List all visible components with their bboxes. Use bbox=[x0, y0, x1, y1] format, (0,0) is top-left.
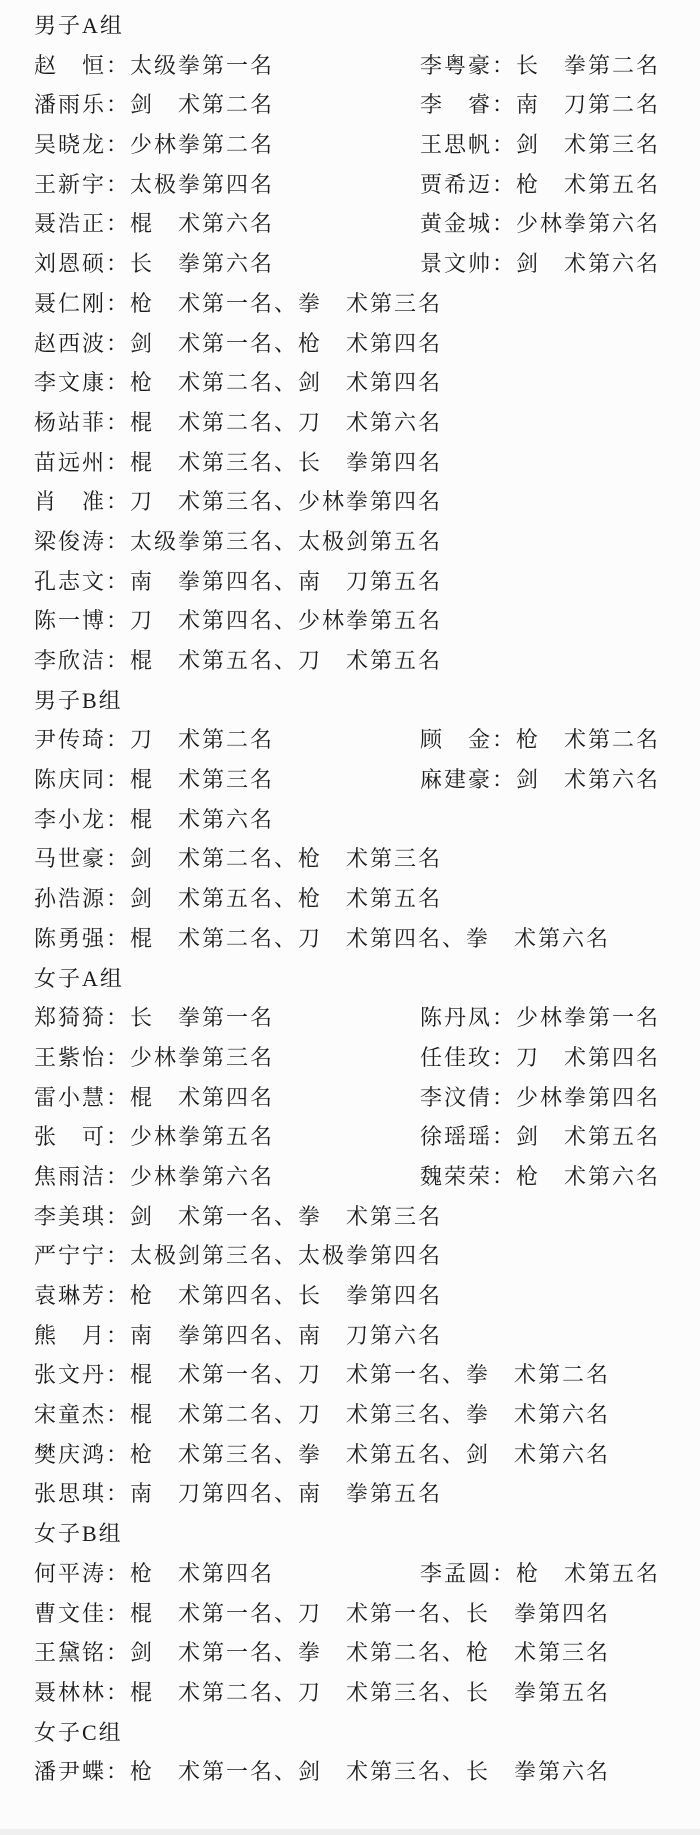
athlete-entry: 李粤豪：长 拳第二名 bbox=[420, 46, 700, 86]
result-row: 严宁宁：太极剑第三名、太极拳第四名 bbox=[34, 1236, 700, 1276]
colon-separator: ： bbox=[106, 85, 130, 125]
athlete-name: 李孟圆 bbox=[420, 1554, 492, 1594]
colon-separator: ： bbox=[106, 1435, 130, 1475]
colon-separator: ： bbox=[492, 760, 516, 800]
colon-separator: ： bbox=[106, 284, 130, 324]
athlete-result: 南 拳第四名、南 刀第五名 bbox=[130, 569, 442, 594]
athlete-name: 李美琪 bbox=[34, 1197, 106, 1237]
athlete-entry: 李汶倩：少林拳第四名 bbox=[420, 1078, 700, 1118]
athlete-result: 太极拳第四名 bbox=[130, 172, 274, 197]
result-row: 王黛铭：剑 术第一名、拳 术第二名、枪 术第三名 bbox=[34, 1633, 700, 1673]
athlete-result: 枪 术第四名、长 拳第四名 bbox=[130, 1283, 442, 1308]
colon-separator: ： bbox=[492, 46, 516, 86]
athlete-result: 长 拳第一名 bbox=[130, 1005, 274, 1030]
athlete-result: 剑 术第六名 bbox=[516, 767, 660, 792]
athlete-result: 棍 术第二名、刀 术第三名、长 拳第五名 bbox=[130, 1680, 610, 1705]
group-heading: 女子B组 bbox=[34, 1514, 700, 1554]
colon-separator: ： bbox=[106, 562, 130, 602]
colon-separator: ： bbox=[106, 1236, 130, 1276]
athlete-entry: 曹文佳：棍 术第一名、刀 术第一名、长 拳第四名 bbox=[34, 1594, 420, 1634]
athlete-result: 枪 术第一名、拳 术第三名 bbox=[130, 291, 442, 316]
athlete-entry: 刘恩硕：长 拳第六名 bbox=[34, 244, 420, 284]
athlete-result: 太极剑第三名、太极拳第四名 bbox=[130, 1243, 442, 1268]
athlete-result: 刀 术第二名 bbox=[130, 727, 274, 752]
athlete-name: 聂浩正 bbox=[34, 204, 106, 244]
athlete-name: 陈勇强 bbox=[34, 919, 106, 959]
athlete-name: 熊 月 bbox=[34, 1316, 106, 1356]
athlete-entry: 尹传琦：刀 术第二名 bbox=[34, 720, 420, 760]
athlete-result: 长 拳第六名 bbox=[130, 251, 274, 276]
result-row: 李小龙：棍 术第六名 bbox=[34, 800, 700, 840]
athlete-entry: 黄金城：少林拳第六名 bbox=[420, 204, 700, 244]
colon-separator: ： bbox=[106, 720, 130, 760]
colon-separator: ： bbox=[492, 165, 516, 205]
result-row: 吴晓龙：少林拳第二名王思帆：剑 术第三名 bbox=[34, 125, 700, 165]
athlete-name: 马世豪 bbox=[34, 839, 106, 879]
athlete-name: 李欣洁 bbox=[34, 641, 106, 681]
athlete-result: 枪 术第五名 bbox=[516, 1561, 660, 1586]
athlete-entry: 苗远州：棍 术第三名、长 拳第四名 bbox=[34, 443, 420, 483]
athlete-name: 焦雨洁 bbox=[34, 1157, 106, 1197]
colon-separator: ： bbox=[106, 165, 130, 205]
athlete-name: 刘恩硕 bbox=[34, 244, 106, 284]
group-heading: 女子C组 bbox=[34, 1713, 700, 1753]
colon-separator: ： bbox=[106, 1355, 130, 1395]
athlete-entry: 王紫怡：少林拳第三名 bbox=[34, 1038, 420, 1078]
athlete-name: 袁琳芳 bbox=[34, 1276, 106, 1316]
result-row: 肖 准：刀 术第三名、少林拳第四名 bbox=[34, 482, 700, 522]
athlete-entry: 吴晓龙：少林拳第二名 bbox=[34, 125, 420, 165]
athlete-result: 棍 术第六名 bbox=[130, 211, 274, 236]
athlete-name: 聂林林 bbox=[34, 1673, 106, 1713]
result-row: 熊 月：南 拳第四名、南 刀第六名 bbox=[34, 1316, 700, 1356]
athlete-result: 棍 术第一名、刀 术第一名、拳 术第二名 bbox=[130, 1362, 610, 1387]
result-row: 潘尹蝶：枪 术第一名、剑 术第三名、长 拳第六名 bbox=[34, 1752, 700, 1792]
athlete-result: 棍 术第四名 bbox=[130, 1085, 274, 1110]
colon-separator: ： bbox=[106, 363, 130, 403]
athlete-result: 长 拳第二名 bbox=[516, 53, 660, 78]
athlete-name: 张文丹 bbox=[34, 1355, 106, 1395]
athlete-result: 少林拳第三名 bbox=[130, 1045, 274, 1070]
athlete-result: 剑 术第五名 bbox=[516, 1124, 660, 1149]
athlete-result: 棍 术第一名、刀 术第一名、长 拳第四名 bbox=[130, 1601, 610, 1626]
athlete-entry: 宋童杰：棍 术第二名、刀 术第三名、拳 术第六名 bbox=[34, 1395, 420, 1435]
athlete-name: 王思帆 bbox=[420, 125, 492, 165]
result-row: 张文丹：棍 术第一名、刀 术第一名、拳 术第二名 bbox=[34, 1355, 700, 1395]
athlete-result: 枪 术第五名 bbox=[516, 172, 660, 197]
athlete-result: 剑 术第一名、拳 术第二名、枪 术第三名 bbox=[130, 1640, 610, 1665]
colon-separator: ： bbox=[492, 1078, 516, 1118]
athlete-name: 梁俊涛 bbox=[34, 522, 106, 562]
athlete-entry: 马世豪：剑 术第二名、枪 术第三名 bbox=[34, 839, 420, 879]
athlete-result: 剑 术第六名 bbox=[516, 251, 660, 276]
athlete-result: 剑 术第五名、枪 术第五名 bbox=[130, 886, 442, 911]
result-row: 曹文佳：棍 术第一名、刀 术第一名、长 拳第四名 bbox=[34, 1594, 700, 1634]
athlete-name: 贾希迈 bbox=[420, 165, 492, 205]
athlete-name: 魏荣荣 bbox=[420, 1157, 492, 1197]
athlete-name: 严宁宁 bbox=[34, 1236, 106, 1276]
athlete-name: 曹文佳 bbox=[34, 1594, 106, 1634]
athlete-name: 李汶倩 bbox=[420, 1078, 492, 1118]
athlete-name: 任佳玫 bbox=[420, 1038, 492, 1078]
athlete-result: 少林拳第六名 bbox=[516, 211, 660, 236]
athlete-entry: 陈一博：刀 术第四名、少林拳第五名 bbox=[34, 601, 420, 641]
athlete-name: 赵 恒 bbox=[34, 46, 106, 86]
athlete-entry: 雷小慧：棍 术第四名 bbox=[34, 1078, 420, 1118]
athlete-name: 王紫怡 bbox=[34, 1038, 106, 1078]
athlete-name: 李小龙 bbox=[34, 800, 106, 840]
athlete-name: 赵西波 bbox=[34, 324, 106, 364]
athlete-name: 潘雨乐 bbox=[34, 85, 106, 125]
athlete-name: 聂仁刚 bbox=[34, 284, 106, 324]
result-row: 宋童杰：棍 术第二名、刀 术第三名、拳 术第六名 bbox=[34, 1395, 700, 1435]
athlete-entry: 李小龙：棍 术第六名 bbox=[34, 800, 420, 840]
athlete-name: 麻建豪 bbox=[420, 760, 492, 800]
athlete-result: 棍 术第三名、长 拳第四名 bbox=[130, 450, 442, 475]
athlete-entry: 梁俊涛：太级拳第三名、太极剑第五名 bbox=[34, 522, 420, 562]
athlete-result: 刀 术第四名 bbox=[516, 1045, 660, 1070]
athlete-entry: 陈丹凤：少林拳第一名 bbox=[420, 998, 700, 1038]
athlete-result: 南 拳第四名、南 刀第六名 bbox=[130, 1323, 442, 1348]
athlete-name: 苗远州 bbox=[34, 443, 106, 483]
athlete-entry: 李孟圆：枪 术第五名 bbox=[420, 1554, 700, 1594]
colon-separator: ： bbox=[492, 85, 516, 125]
athlete-entry: 潘雨乐：剑 术第二名 bbox=[34, 85, 420, 125]
athlete-entry: 李欣洁：棍 术第五名、刀 术第五名 bbox=[34, 641, 420, 681]
result-row: 杨站菲：棍 术第二名、刀 术第六名 bbox=[34, 403, 700, 443]
colon-separator: ： bbox=[106, 125, 130, 165]
result-row: 王紫怡：少林拳第三名任佳玫：刀 术第四名 bbox=[34, 1038, 700, 1078]
colon-separator: ： bbox=[106, 1554, 130, 1594]
colon-separator: ： bbox=[106, 1594, 130, 1634]
athlete-entry: 魏荣荣：枪 术第六名 bbox=[420, 1157, 700, 1197]
result-row: 尹传琦：刀 术第二名顾 金：枪 术第二名 bbox=[34, 720, 700, 760]
athlete-entry: 樊庆鸿：枪 术第三名、拳 术第五名、剑 术第六名 bbox=[34, 1435, 420, 1475]
group-heading: 男子A组 bbox=[34, 6, 700, 46]
athlete-name: 孔志文 bbox=[34, 562, 106, 602]
athlete-result: 棍 术第五名、刀 术第五名 bbox=[130, 648, 442, 673]
colon-separator: ： bbox=[106, 443, 130, 483]
result-row: 袁琳芳：枪 术第四名、长 拳第四名 bbox=[34, 1276, 700, 1316]
athlete-result: 棍 术第二名、刀 术第四名、拳 术第六名 bbox=[130, 926, 610, 951]
athlete-result: 少林拳第五名 bbox=[130, 1124, 274, 1149]
athlete-result: 少林拳第六名 bbox=[130, 1164, 274, 1189]
result-row: 王新宇：太极拳第四名贾希迈：枪 术第五名 bbox=[34, 165, 700, 205]
athlete-entry: 熊 月：南 拳第四名、南 刀第六名 bbox=[34, 1316, 420, 1356]
colon-separator: ： bbox=[492, 1038, 516, 1078]
colon-separator: ： bbox=[106, 324, 130, 364]
colon-separator: ： bbox=[106, 760, 130, 800]
athlete-name: 孙浩源 bbox=[34, 879, 106, 919]
colon-separator: ： bbox=[106, 522, 130, 562]
athlete-entry: 李美琪：剑 术第一名、拳 术第三名 bbox=[34, 1197, 420, 1237]
athlete-entry: 顾 金：枪 术第二名 bbox=[420, 720, 700, 760]
colon-separator: ： bbox=[106, 1395, 130, 1435]
colon-separator: ： bbox=[106, 403, 130, 443]
athlete-name: 陈丹凤 bbox=[420, 998, 492, 1038]
result-row: 孔志文：南 拳第四名、南 刀第五名 bbox=[34, 562, 700, 602]
athlete-name: 雷小慧 bbox=[34, 1078, 106, 1118]
result-row: 李欣洁：棍 术第五名、刀 术第五名 bbox=[34, 641, 700, 681]
athlete-entry: 徐瑶瑶：剑 术第五名 bbox=[420, 1117, 700, 1157]
result-row: 聂浩正：棍 术第六名黄金城：少林拳第六名 bbox=[34, 204, 700, 244]
colon-separator: ： bbox=[106, 1197, 130, 1237]
athlete-name: 尹传琦 bbox=[34, 720, 106, 760]
result-row: 陈庆同：棍 术第三名麻建豪：剑 术第六名 bbox=[34, 760, 700, 800]
athlete-name: 郑猗猗 bbox=[34, 998, 106, 1038]
result-row: 雷小慧：棍 术第四名李汶倩：少林拳第四名 bbox=[34, 1078, 700, 1118]
athlete-entry: 李文康：枪 术第二名、剑 术第四名 bbox=[34, 363, 420, 403]
athlete-entry: 孔志文：南 拳第四名、南 刀第五名 bbox=[34, 562, 420, 602]
athlete-entry: 焦雨洁：少林拳第六名 bbox=[34, 1157, 420, 1197]
result-row: 樊庆鸿：枪 术第三名、拳 术第五名、剑 术第六名 bbox=[34, 1435, 700, 1475]
result-row: 孙浩源：剑 术第五名、枪 术第五名 bbox=[34, 879, 700, 919]
colon-separator: ： bbox=[106, 1078, 130, 1118]
colon-separator: ： bbox=[106, 244, 130, 284]
athlete-entry: 聂林林：棍 术第二名、刀 术第三名、长 拳第五名 bbox=[34, 1673, 420, 1713]
athlete-entry: 任佳玫：刀 术第四名 bbox=[420, 1038, 700, 1078]
athlete-result: 枪 术第三名、拳 术第五名、剑 术第六名 bbox=[130, 1442, 610, 1467]
athlete-result: 刀 术第四名、少林拳第五名 bbox=[130, 608, 442, 633]
result-row: 聂仁刚：枪 术第一名、拳 术第三名 bbox=[34, 284, 700, 324]
scanned-results-document: 男子A组赵 恒：太级拳第一名李粤豪：长 拳第二名潘雨乐：剑 术第二名李 睿：南 … bbox=[0, 0, 700, 1835]
athlete-result: 枪 术第四名 bbox=[130, 1561, 274, 1586]
athlete-name: 黄金城 bbox=[420, 204, 492, 244]
athlete-name: 徐瑶瑶 bbox=[420, 1117, 492, 1157]
athlete-name: 樊庆鸿 bbox=[34, 1435, 106, 1475]
athlete-entry: 赵 恒：太级拳第一名 bbox=[34, 46, 420, 86]
result-row: 聂林林：棍 术第二名、刀 术第三名、长 拳第五名 bbox=[34, 1673, 700, 1713]
athlete-entry: 贾希迈：枪 术第五名 bbox=[420, 165, 700, 205]
athlete-result: 少林拳第四名 bbox=[516, 1085, 660, 1110]
athlete-entry: 张思琪：南 刀第四名、南 拳第五名 bbox=[34, 1474, 420, 1514]
result-row: 陈勇强：棍 术第二名、刀 术第四名、拳 术第六名 bbox=[34, 919, 700, 959]
athlete-result: 剑 术第三名 bbox=[516, 132, 660, 157]
athlete-entry: 王黛铭：剑 术第一名、拳 术第二名、枪 术第三名 bbox=[34, 1633, 420, 1673]
result-row: 李美琪：剑 术第一名、拳 术第三名 bbox=[34, 1197, 700, 1237]
athlete-result: 太级拳第一名 bbox=[130, 53, 274, 78]
result-row: 马世豪：剑 术第二名、枪 术第三名 bbox=[34, 839, 700, 879]
athlete-result: 棍 术第三名 bbox=[130, 767, 274, 792]
athlete-entry: 李 睿：南 刀第二名 bbox=[420, 85, 700, 125]
colon-separator: ： bbox=[106, 1157, 130, 1197]
athlete-name: 肖 准 bbox=[34, 482, 106, 522]
colon-separator: ： bbox=[106, 800, 130, 840]
athlete-name: 杨站菲 bbox=[34, 403, 106, 443]
athlete-result: 剑 术第一名、拳 术第三名 bbox=[130, 1204, 442, 1229]
athlete-result: 剑 术第二名 bbox=[130, 92, 274, 117]
athlete-result: 南 刀第二名 bbox=[516, 92, 660, 117]
colon-separator: ： bbox=[492, 1117, 516, 1157]
athlete-result: 枪 术第二名、剑 术第四名 bbox=[130, 370, 442, 395]
colon-separator: ： bbox=[106, 1673, 130, 1713]
colon-separator: ： bbox=[492, 720, 516, 760]
athlete-result: 剑 术第一名、枪 术第四名 bbox=[130, 331, 442, 356]
group-heading: 男子B组 bbox=[34, 681, 700, 721]
athlete-entry: 王思帆：剑 术第三名 bbox=[420, 125, 700, 165]
colon-separator: ： bbox=[106, 919, 130, 959]
colon-separator: ： bbox=[106, 879, 130, 919]
athlete-result: 少林拳第一名 bbox=[516, 1005, 660, 1030]
athlete-entry: 聂仁刚：枪 术第一名、拳 术第三名 bbox=[34, 284, 420, 324]
colon-separator: ： bbox=[106, 1474, 130, 1514]
result-row: 赵 恒：太级拳第一名李粤豪：长 拳第二名 bbox=[34, 46, 700, 86]
athlete-result: 棍 术第六名 bbox=[130, 807, 274, 832]
page-bottom-edge bbox=[0, 1829, 700, 1835]
colon-separator: ： bbox=[106, 204, 130, 244]
athlete-name: 潘尹蝶 bbox=[34, 1752, 106, 1792]
result-row: 梁俊涛：太级拳第三名、太极剑第五名 bbox=[34, 522, 700, 562]
colon-separator: ： bbox=[492, 1554, 516, 1594]
athlete-name: 张 可 bbox=[34, 1117, 106, 1157]
athlete-entry: 杨站菲：棍 术第二名、刀 术第六名 bbox=[34, 403, 420, 443]
athlete-result: 棍 术第二名、刀 术第六名 bbox=[130, 410, 442, 435]
athlete-result: 刀 术第三名、少林拳第四名 bbox=[130, 489, 442, 514]
athlete-entry: 孙浩源：剑 术第五名、枪 术第五名 bbox=[34, 879, 420, 919]
colon-separator: ： bbox=[106, 1316, 130, 1356]
athlete-entry: 何平涛：枪 术第四名 bbox=[34, 1554, 420, 1594]
colon-separator: ： bbox=[492, 1157, 516, 1197]
result-row: 张思琪：南 刀第四名、南 拳第五名 bbox=[34, 1474, 700, 1514]
athlete-entry: 严宁宁：太极剑第三名、太极拳第四名 bbox=[34, 1236, 420, 1276]
athlete-entry: 张 可：少林拳第五名 bbox=[34, 1117, 420, 1157]
athlete-name: 吴晓龙 bbox=[34, 125, 106, 165]
athlete-result: 棍 术第二名、刀 术第三名、拳 术第六名 bbox=[130, 1402, 610, 1427]
athlete-result: 枪 术第六名 bbox=[516, 1164, 660, 1189]
athlete-entry: 张文丹：棍 术第一名、刀 术第一名、拳 术第二名 bbox=[34, 1355, 420, 1395]
colon-separator: ： bbox=[492, 204, 516, 244]
athlete-name: 张思琪 bbox=[34, 1474, 106, 1514]
athlete-entry: 郑猗猗：长 拳第一名 bbox=[34, 998, 420, 1038]
athlete-entry: 王新宇：太极拳第四名 bbox=[34, 165, 420, 205]
athlete-name: 何平涛 bbox=[34, 1554, 106, 1594]
result-row: 郑猗猗：长 拳第一名陈丹凤：少林拳第一名 bbox=[34, 998, 700, 1038]
athlete-result: 南 刀第四名、南 拳第五名 bbox=[130, 1481, 442, 1506]
result-row: 潘雨乐：剑 术第二名李 睿：南 刀第二名 bbox=[34, 85, 700, 125]
colon-separator: ： bbox=[106, 1752, 130, 1792]
result-row: 焦雨洁：少林拳第六名魏荣荣：枪 术第六名 bbox=[34, 1157, 700, 1197]
result-row: 张 可：少林拳第五名徐瑶瑶：剑 术第五名 bbox=[34, 1117, 700, 1157]
colon-separator: ： bbox=[106, 482, 130, 522]
athlete-name: 景文帅 bbox=[420, 244, 492, 284]
colon-separator: ： bbox=[106, 46, 130, 86]
colon-separator: ： bbox=[106, 1038, 130, 1078]
athlete-name: 陈庆同 bbox=[34, 760, 106, 800]
athlete-name: 李 睿 bbox=[420, 85, 492, 125]
athlete-name: 李文康 bbox=[34, 363, 106, 403]
result-row: 李文康：枪 术第二名、剑 术第四名 bbox=[34, 363, 700, 403]
athlete-result: 剑 术第二名、枪 术第三名 bbox=[130, 846, 442, 871]
colon-separator: ： bbox=[106, 1117, 130, 1157]
athlete-entry: 赵西波：剑 术第一名、枪 术第四名 bbox=[34, 324, 420, 364]
athlete-name: 顾 金 bbox=[420, 720, 492, 760]
result-row: 苗远州：棍 术第三名、长 拳第四名 bbox=[34, 443, 700, 483]
athlete-entry: 袁琳芳：枪 术第四名、长 拳第四名 bbox=[34, 1276, 420, 1316]
colon-separator: ： bbox=[106, 1633, 130, 1673]
athlete-name: 王新宇 bbox=[34, 165, 106, 205]
athlete-entry: 肖 准：刀 术第三名、少林拳第四名 bbox=[34, 482, 420, 522]
athlete-entry: 陈庆同：棍 术第三名 bbox=[34, 760, 420, 800]
colon-separator: ： bbox=[492, 244, 516, 284]
athlete-name: 陈一博 bbox=[34, 601, 106, 641]
athlete-result: 少林拳第二名 bbox=[130, 132, 274, 157]
athlete-entry: 聂浩正：棍 术第六名 bbox=[34, 204, 420, 244]
athlete-result: 太级拳第三名、太极剑第五名 bbox=[130, 529, 442, 554]
colon-separator: ： bbox=[106, 998, 130, 1038]
result-row: 赵西波：剑 术第一名、枪 术第四名 bbox=[34, 324, 700, 364]
colon-separator: ： bbox=[492, 998, 516, 1038]
athlete-result: 枪 术第一名、剑 术第三名、长 拳第六名 bbox=[130, 1759, 610, 1784]
athlete-entry: 麻建豪：剑 术第六名 bbox=[420, 760, 700, 800]
athlete-entry: 陈勇强：棍 术第二名、刀 术第四名、拳 术第六名 bbox=[34, 919, 420, 959]
athlete-name: 王黛铭 bbox=[34, 1633, 106, 1673]
colon-separator: ： bbox=[106, 1276, 130, 1316]
athlete-name: 李粤豪 bbox=[420, 46, 492, 86]
athlete-result: 枪 术第二名 bbox=[516, 727, 660, 752]
colon-separator: ： bbox=[106, 601, 130, 641]
colon-separator: ： bbox=[106, 839, 130, 879]
athlete-entry: 潘尹蝶：枪 术第一名、剑 术第三名、长 拳第六名 bbox=[34, 1752, 420, 1792]
athlete-entry: 景文帅：剑 术第六名 bbox=[420, 244, 700, 284]
colon-separator: ： bbox=[492, 125, 516, 165]
result-row: 陈一博：刀 术第四名、少林拳第五名 bbox=[34, 601, 700, 641]
athlete-name: 宋童杰 bbox=[34, 1395, 106, 1435]
result-row: 何平涛：枪 术第四名李孟圆：枪 术第五名 bbox=[34, 1554, 700, 1594]
results-content: 男子A组赵 恒：太级拳第一名李粤豪：长 拳第二名潘雨乐：剑 术第二名李 睿：南 … bbox=[0, 0, 700, 1792]
colon-separator: ： bbox=[106, 641, 130, 681]
group-heading: 女子A组 bbox=[34, 959, 700, 999]
result-row: 刘恩硕：长 拳第六名景文帅：剑 术第六名 bbox=[34, 244, 700, 284]
